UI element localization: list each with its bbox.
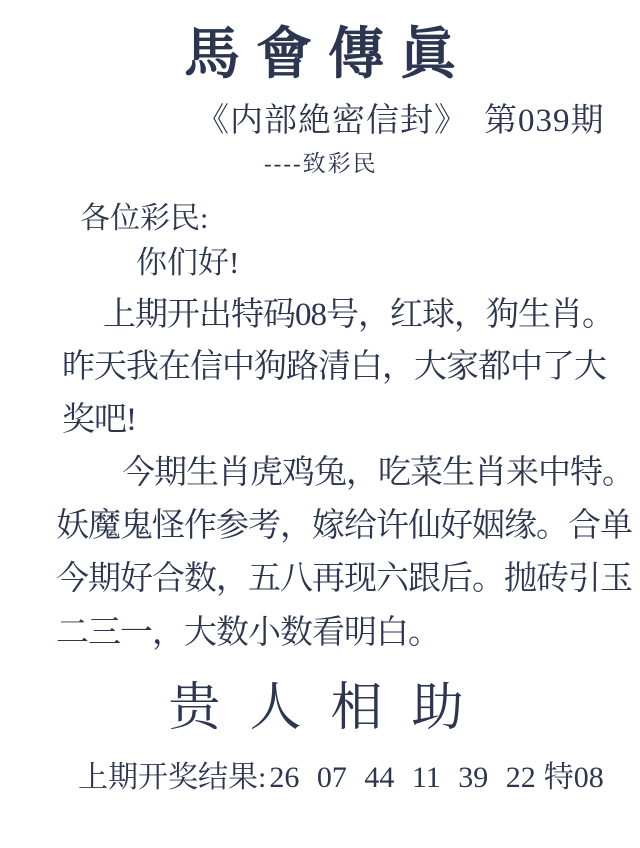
previous-result-line: 上期开奖结果:26 07 44 11 39 22特08 [78, 760, 604, 796]
subtitle-row: 《内部絶密信封》第039期 [196, 102, 605, 142]
letter-line-4: 今期生肖虎鸡兔，吃菜生肖来中特。 [122, 454, 634, 494]
issue-number: 第039期 [484, 103, 605, 139]
letter-line-7: 二三一，大数小数看明白。 [56, 614, 440, 654]
special-number: 08 [574, 761, 604, 794]
result-numbers: 26 07 44 11 39 22 [269, 761, 535, 794]
dedication-line: ----致彩民 [264, 150, 378, 178]
fax-sheet: 馬會傳眞 《内部絶密信封》第039期 ----致彩民 各位彩民: 你们好! 上期… [0, 0, 640, 848]
salutation: 各位彩民: [80, 201, 208, 237]
letter-line-5: 妖魔鬼怪作参考，嫁给许仙好姻缘。合单 [56, 507, 632, 547]
special-number-prefix: 特 [544, 761, 574, 794]
envelope-label: 《内部絶密信封》 [196, 103, 468, 139]
greeting: 你们好! [136, 244, 239, 281]
letter-line-3: 奖吧! [62, 401, 136, 441]
result-label: 上期开奖结果: [78, 761, 266, 794]
letter-line-2: 昨天我在信中狗路清白，大家都中了大 [62, 348, 606, 388]
letter-line-1: 上期开出特码08号，红球，狗生肖。 [103, 296, 614, 336]
big-message: 贵 人 相 助 [0, 678, 640, 740]
letter-line-6: 今期好合数，五八再现六跟后。抛砖引玉 [56, 560, 632, 600]
page-title: 馬會傳眞 [0, 22, 640, 89]
